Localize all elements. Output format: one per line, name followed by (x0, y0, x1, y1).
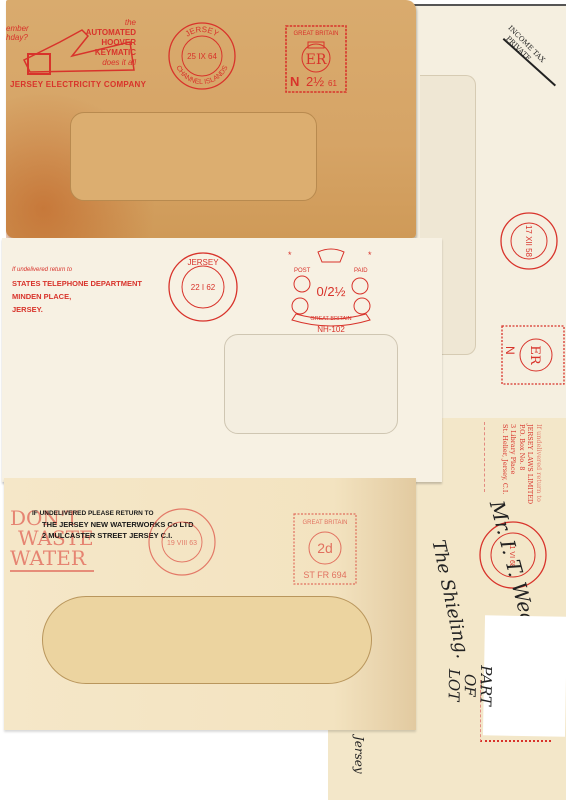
jersey-electricity-envelope: ember hday? the AUTOMATED HOOVER KEYMATI… (6, 0, 416, 238)
address-window (70, 112, 317, 201)
svg-text:2d: 2d (317, 540, 333, 556)
eiir-meter-3d: N ER (500, 324, 566, 386)
hoover-advert: ember hday? the AUTOMATED HOOVER KEYMATI… (6, 18, 146, 88)
svg-text:61: 61 (328, 79, 337, 88)
svg-text:22 I 62: 22 I 62 (191, 283, 216, 292)
jersey-postmark-1962: JERSEY 22 I 62 (166, 250, 240, 324)
post-paid-meter: * * POST PAID 0/2½ GREAT BRITAIN NH-102 (284, 248, 378, 334)
states-telephone-envelope: If undelivered return to STATES TELEPHON… (2, 238, 442, 482)
svg-text:ST FR 694: ST FR 694 (303, 570, 346, 580)
svg-text:0/2½: 0/2½ (317, 284, 346, 299)
jersey-postmark-1963: 19 VIII 63 (146, 506, 218, 578)
handwritten-house-name: The Shieling. (427, 538, 473, 660)
svg-text:*: * (368, 250, 372, 260)
return-address-stamp: If undelivered return to JERSEY LAWS LIM… (484, 422, 547, 492)
svg-text:PAID: PAID (354, 268, 368, 274)
svg-text:GREAT BRITAIN: GREAT BRITAIN (302, 520, 347, 526)
income-tax-label: INCOME TAX PRIVATE. (499, 24, 546, 71)
svg-text:2½: 2½ (306, 74, 324, 89)
address-window (42, 596, 372, 684)
jersey-postmark-1964: JERSEY 25 IX 64 CHANNEL ISLANDS (166, 20, 238, 92)
svg-text:GREAT BRITAIN: GREAT BRITAIN (293, 31, 338, 37)
return-address: If undelivered return to STATES TELEPHON… (12, 264, 142, 316)
part-of-lot-note: PART OF LOT (483, 615, 566, 736)
svg-text:ER: ER (306, 52, 327, 68)
svg-text:GREAT BRITAIN: GREAT BRITAIN (310, 316, 351, 322)
svg-text:*: * (288, 250, 292, 260)
jersey-postmark-1958: 17 XII 58 (498, 202, 560, 280)
svg-text:ER: ER (527, 345, 542, 365)
svg-text:19 VIII 63: 19 VIII 63 (167, 540, 197, 547)
svg-text:POST: POST (294, 268, 311, 274)
handwritten-fragment: Jersey (352, 736, 366, 774)
svg-text:JERSEY: JERSEY (187, 258, 219, 267)
svg-text:17 XII 58: 17 XII 58 (524, 225, 533, 258)
svg-text:N: N (503, 346, 517, 355)
svg-text:N: N (290, 74, 299, 89)
svg-text:JERSEY: JERSEY (184, 25, 221, 39)
address-window (224, 334, 398, 434)
svg-text:25 IX 64: 25 IX 64 (187, 52, 217, 61)
company-name: JERSEY ELECTRICITY COMPANY (10, 80, 146, 89)
eiir-meter-2d: GREAT BRITAIN 2d ST FR 694 (292, 512, 358, 586)
svg-text:NH-102: NH-102 (317, 325, 345, 334)
eiir-meter-2-half-d: GREAT BRITAIN ER N 2½ 61 (284, 24, 348, 94)
jersey-waterworks-envelope: DON'T WASTE WATER IF UNDELIVERED PLEASE … (4, 478, 416, 730)
